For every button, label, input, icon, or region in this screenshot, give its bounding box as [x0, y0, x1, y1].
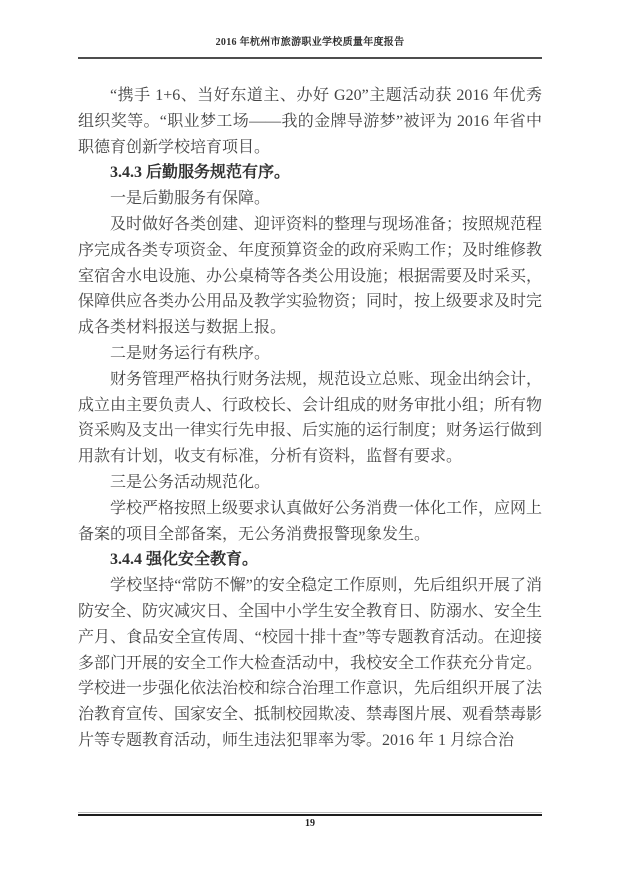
paragraph-finance-lead: 二是财务运行有秩序。: [78, 341, 542, 367]
section-heading-3-4-3: 3.4.3 后勤服务规范有序。: [78, 160, 542, 186]
document-page: 2016 年杭州市旅游职业学校质量年度报告 “携手 1+6、当好东道主、办好 G…: [0, 0, 620, 877]
paragraph-logistics-lead: 一是后勤服务有保障。: [78, 186, 542, 212]
paragraph-intro: “携手 1+6、当好东道主、办好 G20”主题活动获 2016 年优秀组织奖等。…: [78, 83, 542, 160]
paragraph-logistics-detail: 及时做好各类创建、迎评资料的整理与现场准备；按照规范程序完成各类专项资金、年度预…: [78, 212, 542, 341]
page-header: 2016 年杭州市旅游职业学校质量年度报告: [78, 0, 542, 67]
paragraph-official-affairs-detail: 学校严格按照上级要求认真做好公务消费一体化工作，应网上备案的项目全部备案，无公务…: [78, 496, 542, 548]
page-footer: 19: [78, 812, 542, 829]
paragraph-finance-detail: 财务管理严格执行财务法规，规范设立总账、现金出纳会计，成立由主要负责人、行政校长…: [78, 367, 542, 470]
section-heading-3-4-4: 3.4.4 强化安全教育。: [78, 547, 542, 573]
page-header-title: 2016 年杭州市旅游职业学校质量年度报告: [78, 0, 542, 48]
document-body: “携手 1+6、当好东道主、办好 G20”主题活动获 2016 年优秀组织奖等。…: [78, 83, 542, 754]
header-divider: [78, 57, 542, 59]
footer-divider: [78, 812, 542, 816]
paragraph-safety-education: 学校坚持“常防不懈”的安全稳定工作原则，先后组织开展了消防安全、防灾减灾日、全国…: [78, 573, 542, 754]
page-number: 19: [78, 818, 542, 829]
paragraph-official-affairs-lead: 三是公务活动规范化。: [78, 470, 542, 496]
